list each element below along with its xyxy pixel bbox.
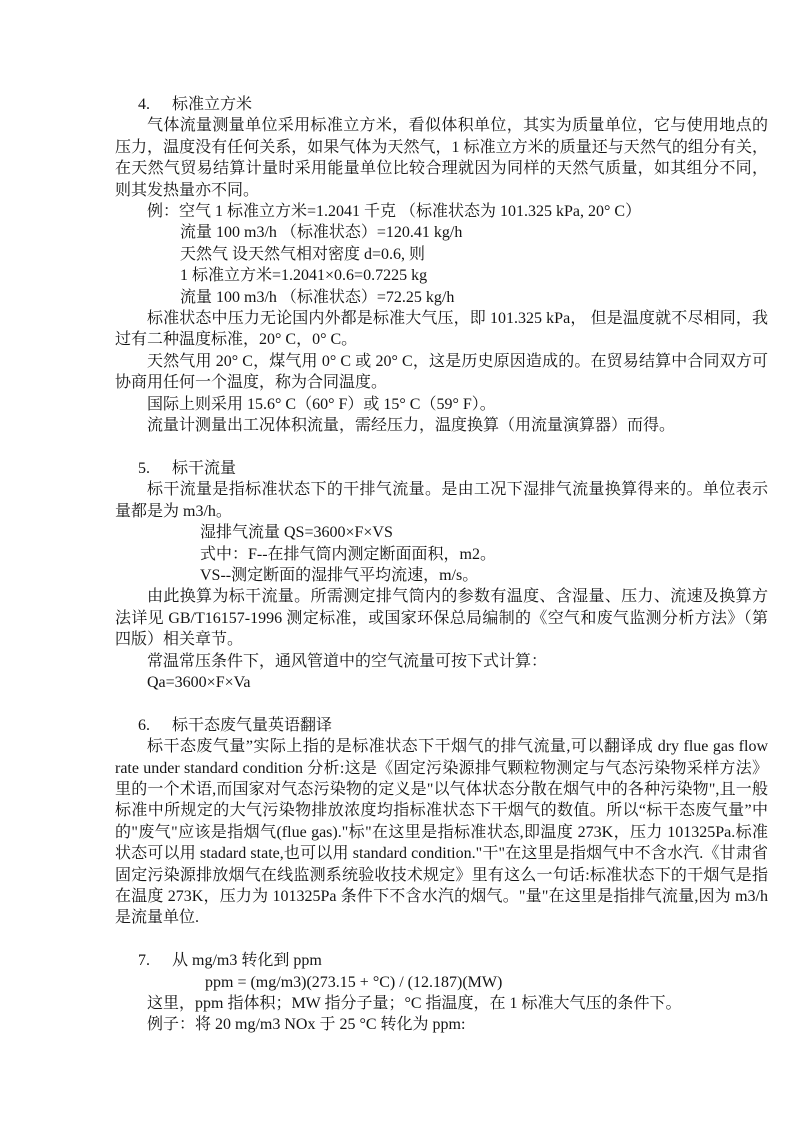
paragraph: 标准状态中压力无论国内外都是标准大气压，即 101.325 kPa， 但是温度就… xyxy=(115,308,768,351)
paragraph: 例子：将 20 mg/m3 NOx 于 25 °C 转化为 ppm: xyxy=(115,1014,768,1035)
section-4: 4.标准立方米 气体流量测量单位采用标准立方米，看似体积单位，其实为质量单位，它… xyxy=(115,94,768,437)
paragraph: 流量 100 m3/h （标准状态）=72.25 kg/h xyxy=(115,287,768,308)
paragraph: 例：空气 1 标准立方米=1.2041 千克 （标准状态为 101.325 kP… xyxy=(115,201,768,222)
section-title: 从 mg/m3 转化到 ppm xyxy=(172,952,322,969)
paragraph: 国际上则采用 15.6° C（60° F）或 15° C（59° F）。 xyxy=(115,394,768,415)
section-number: 4. xyxy=(138,94,150,115)
paragraph: 标干态废气量”实际上指的是标准状态下干烟气的排气流量,可以翻译成 dry flu… xyxy=(115,736,768,929)
paragraph: 气体流量测量单位采用标准立方米，看似体积单位，其实为质量单位，它与使用地点的压力… xyxy=(115,115,768,201)
paragraph: 天然气用 20° C，煤气用 0° C 或 20° C，这是历史原因造成的。在贸… xyxy=(115,351,768,394)
formula-line: ppm = (mg/m3)(273.15 + °C) / (12.187)(MW… xyxy=(115,972,768,993)
section-6: 6.标干态废气量英语翻译 标干态废气量”实际上指的是标准状态下干烟气的排气流量,… xyxy=(115,715,768,929)
formula-line: VS--测定断面的湿排气平均流速，m/s。 xyxy=(115,565,768,586)
paragraph: 常温常压条件下，通风管道中的空气流量可按下式计算： xyxy=(115,651,768,672)
section-heading: 6.标干态废气量英语翻译 xyxy=(115,715,768,736)
paragraph: 1 标准立方米=1.2041×0.6=0.7225 kg xyxy=(115,265,768,286)
section-title: 标干流量 xyxy=(172,460,236,477)
section-7: 7.从 mg/m3 转化到 ppm ppm = (mg/m3)(273.15 +… xyxy=(115,950,768,1036)
section-number: 7. xyxy=(138,950,150,971)
paragraph: 流量 100 m3/h （标准状态）=120.41 kg/h xyxy=(115,222,768,243)
section-number: 5. xyxy=(138,458,150,479)
section-title: 标干态废气量英语翻译 xyxy=(172,717,332,734)
paragraph: 由此换算为标干流量。所需测定排气筒内的参数有温度、含湿量、压力、流速及换算方法详… xyxy=(115,586,768,650)
document-content: 4.标准立方米 气体流量测量单位采用标准立方米，看似体积单位，其实为质量单位，它… xyxy=(0,0,793,1036)
formula-line: 式中：F--在排气筒内测定断面面积，m2。 xyxy=(115,544,768,565)
paragraph: 标干流量是指标准状态下的干排气流量。是由工况下湿排气流量换算得来的。单位表示量都… xyxy=(115,479,768,522)
section-number: 6. xyxy=(138,715,150,736)
paragraph: 流量计测量出工况体积流量，需经压力，温度换算（用流量演算器）而得。 xyxy=(115,415,768,436)
section-heading: 4.标准立方米 xyxy=(115,94,768,115)
paragraph: 天然气 设天然气相对密度 d=0.6, 则 xyxy=(115,244,768,265)
formula-line: 湿排气流量 QS=3600×F×VS xyxy=(115,522,768,543)
section-heading: 7.从 mg/m3 转化到 ppm xyxy=(115,950,768,971)
document-page: 4.标准立方米 气体流量测量单位采用标准立方米，看似体积单位，其实为质量单位，它… xyxy=(0,0,793,1122)
paragraph: 这里，ppm 指体积；MW 指分子量；°C 指温度，在 1 标准大气压的条件下。 xyxy=(115,993,768,1014)
section-5: 5.标干流量 标干流量是指标准状态下的干排气流量。是由工况下湿排气流量换算得来的… xyxy=(115,458,768,693)
section-heading: 5.标干流量 xyxy=(115,458,768,479)
formula-line: Qa=3600×F×Va xyxy=(115,672,768,693)
section-title: 标准立方米 xyxy=(172,96,252,113)
